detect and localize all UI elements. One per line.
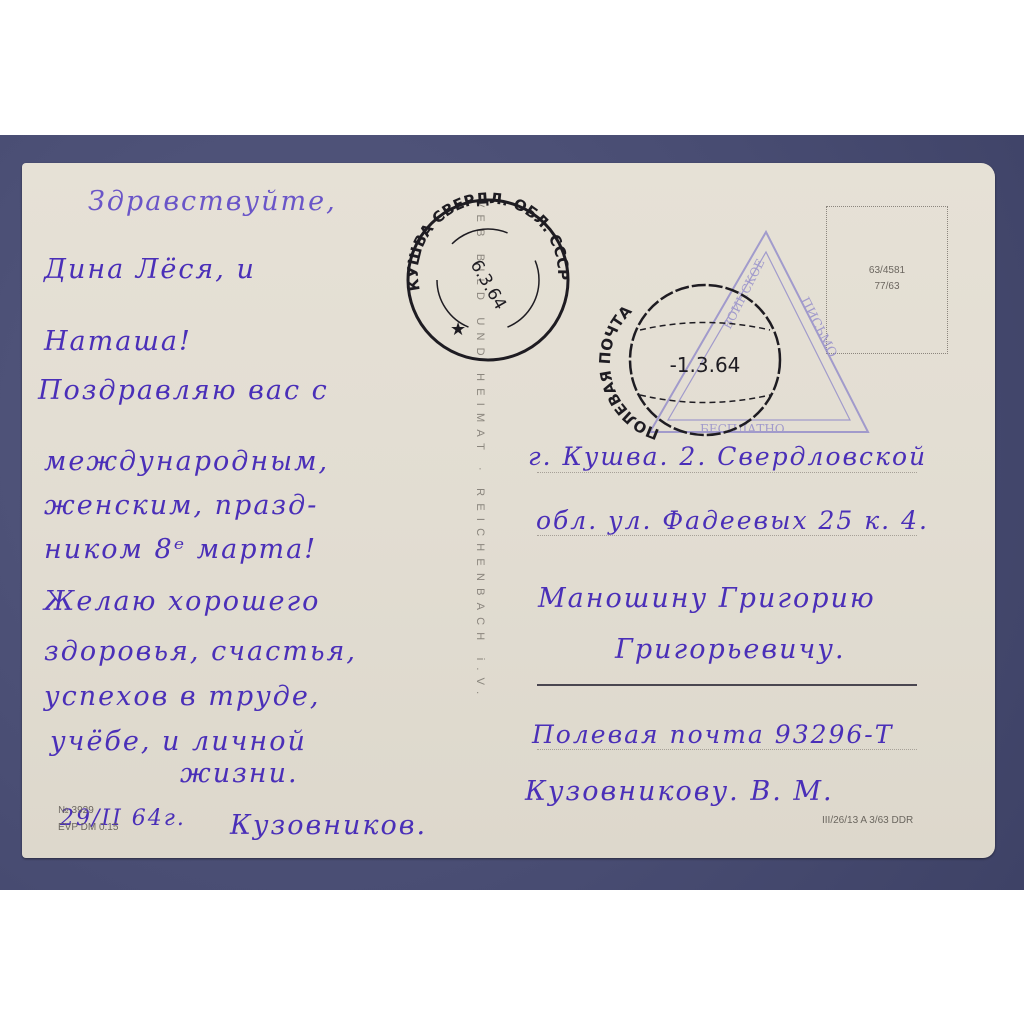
message-signature: Кузовников.	[230, 812, 427, 839]
print-code: III/26/13 A 3/63 DDR	[822, 815, 913, 826]
catalog-number: № 3929	[58, 805, 94, 816]
kushva-postmark: КУШВА СВЕРДЛ. ОБЛ. СССР 6.3.64 ★	[404, 189, 572, 360]
recipient-address-line: г. Кушва. 2. Свердловской	[528, 444, 927, 469]
message-line: Дина Лёся, и	[44, 256, 256, 283]
recipient-address-line: обл. ул. Фадеевых 25 к. 4.	[536, 508, 929, 533]
message-line: Наташа!	[44, 328, 192, 355]
svg-text:-1.3.64: -1.3.64	[670, 353, 741, 377]
message-line: Здравствуйте,	[88, 188, 337, 215]
message-line: международным,	[44, 448, 329, 475]
message-line: успехов в труде,	[44, 683, 320, 710]
svg-text:ПОЛЕВАЯ ПОЧТА: ПОЛЕВАЯ ПОЧТА	[596, 302, 662, 444]
recipient-name-line: Григорьевичу.	[615, 636, 846, 663]
sender-address-line: Полевая почта 93296-Т	[532, 722, 893, 747]
message-line: женским, празд-	[44, 492, 318, 519]
svg-text:★: ★	[450, 319, 466, 340]
message-line: учёбе, и личной	[50, 728, 307, 755]
message-line: Желаю хорошего	[44, 588, 320, 615]
message-line: Поздравляю вас с	[38, 377, 329, 404]
svg-text:ПИСЬМО: ПИСЬМО	[796, 295, 839, 360]
message-line: жизни.	[180, 760, 299, 787]
sender-name-line: Кузовникову. В. М.	[525, 778, 834, 805]
message-line: ником 8ᵉ марта!	[44, 536, 317, 563]
svg-text:ВОИНСКОЕ: ВОИНСКОЕ	[720, 257, 767, 332]
price-label: EVP DM 0.15	[58, 822, 118, 833]
message-line: здоровья, счастья,	[44, 638, 357, 665]
recipient-name-line: Маношину Григорию	[538, 585, 876, 612]
triangle-military-mail-stamp: ПИСЬМО ВОИНСКОЕ БЕСПЛАТНО	[650, 232, 868, 436]
svg-text:6.3.64: 6.3.64	[466, 257, 510, 314]
